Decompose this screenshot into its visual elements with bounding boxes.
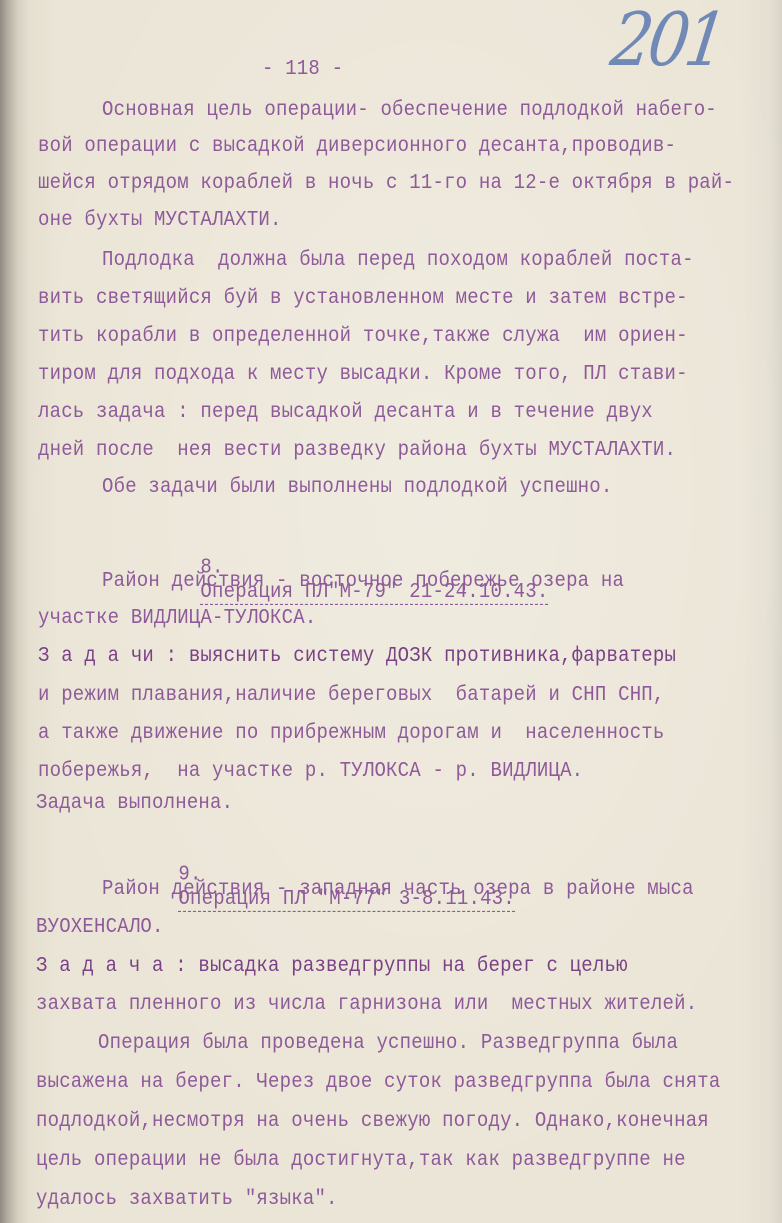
para2-line-5: лась задача : перед высадкой десанта и в… — [38, 399, 653, 424]
para2-line-4: тиром для подхода к месту высадки. Кроме… — [38, 361, 688, 386]
final-line-2: высажена на берег. Через двое суток разв… — [36, 1069, 721, 1094]
section8-result: Задача выполнена. — [36, 790, 233, 815]
intro-line-2: вой операции с высадкой диверсионного де… — [38, 133, 676, 158]
intro-line-3: шейся отрядом кораблей в ночь с 11-го на… — [38, 170, 734, 195]
para2-line-3: тить корабли в определенной точке,также … — [38, 323, 688, 348]
intro-line-1: Основная цель операции- обеспечение подл… — [102, 97, 717, 122]
section9-line-2: ВУОХЕНСАЛО. — [36, 914, 164, 939]
section8-line-2: участке ВИДЛИЦА-ТУЛОКСА. — [38, 605, 316, 630]
page-number: - 118 - — [262, 56, 343, 81]
intro-line-4: оне бухты МУСТАЛАХТИ. — [38, 207, 282, 232]
section8-tasks-line-2: и режим плавания,наличие береговых батар… — [38, 682, 665, 707]
para3: Обе задачи были выполнены подлодкой успе… — [102, 474, 612, 499]
section9-line-1: Район действия - западная часть озера в … — [102, 876, 694, 901]
section8-tasks-line-3: а также движение по прибрежным дорогам и… — [38, 720, 665, 745]
handwritten-folio-number: 201 — [606, 0, 728, 84]
final-line-4: цель операции не была достигнута,так как… — [36, 1147, 686, 1172]
final-line-1: Операция была проведена успешно. Разведг… — [98, 1030, 678, 1055]
section8-tasks-line-4: побережья, на участке р. ТУЛОКСА - р. ВИ… — [38, 758, 583, 783]
para2-line-6: дней после нея вести разведку района бух… — [38, 437, 676, 462]
document-page: 201 - 118 - Основная цель операции- обес… — [0, 0, 782, 1223]
final-line-3: подлодкой,несмотря на очень свежую погод… — [36, 1108, 709, 1133]
final-line-5: удалось захватить "языка". — [36, 1186, 338, 1211]
section8-tasks-line-1: З а д а чи : выяснить систему ДОЗК проти… — [38, 643, 676, 668]
section9-task-line-1: З а д а ч а : высадка разведгруппы на бе… — [36, 953, 628, 978]
para2-line-1: Подлодка должна была перед походом кораб… — [102, 247, 694, 272]
para2-line-2: вить светящийся буй в установленном мест… — [38, 285, 688, 310]
section9-task-line-2: захвата пленного из числа гарнизона или … — [36, 991, 697, 1016]
section8-line-1: Район действия - восточное побережье озе… — [102, 568, 624, 593]
